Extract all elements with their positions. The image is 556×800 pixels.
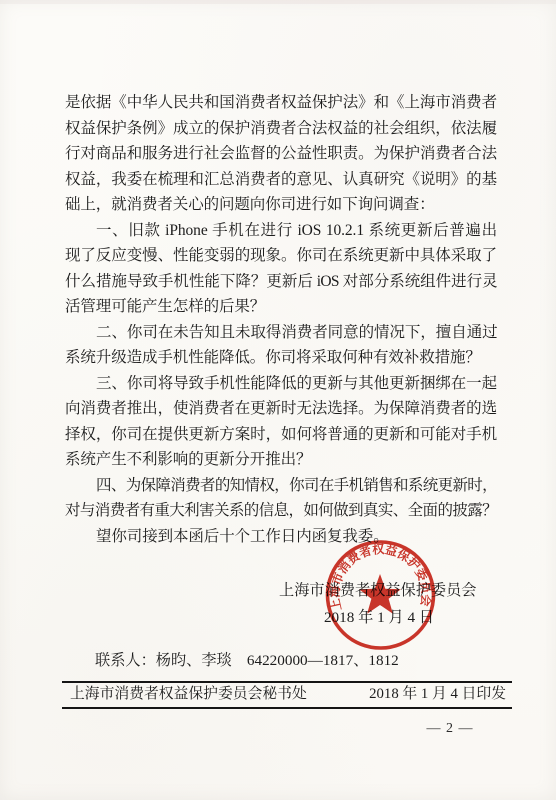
contact-line: 联系人：杨昀、李琰 64220000—1817、1812 xyxy=(95,651,399,671)
body-line: 权益保护条例》成立的保护消费者合法权益的社会组织，依法履 xyxy=(65,116,497,142)
signature-date: 2018 年 1 月 4 日 xyxy=(279,609,479,627)
body-line: 现了反应变慢、性能变弱的现象。你司在系统更新中具体采取了 xyxy=(65,243,497,269)
body-line: 对与消费者有重大利害关系的信息，如何做到真实、全面的披露？ xyxy=(65,498,497,524)
body-line: 础上，就消费者关心的问题向你司进行如下询问调查： xyxy=(65,192,497,218)
page-number: — 2 — xyxy=(418,721,482,737)
body-line: 望你司接到本函后十个工作日内函复我委。 xyxy=(65,524,497,550)
body-line: 系统产生不利影响的更新分开推出？ xyxy=(65,447,497,473)
letter-body: 是依据《中华人民共和国消费者权益保护法》和《上海市消费者 权益保护条例》成立的保… xyxy=(65,90,497,549)
body-line: 向消费者推出，使消费者在更新时无法选择。为保障消费者的选 xyxy=(65,396,497,422)
body-line: 一、旧款 iPhone 手机在进行 iOS 10.2.1 系统更新后普遍出 xyxy=(65,218,497,244)
body-line: 系统升级造成手机性能降低。你司将采取何种有效补救措施？ xyxy=(65,345,497,371)
body-line: 三、你司将导致手机性能降低的更新与其他更新捆绑在一起 xyxy=(65,371,497,397)
body-line: 四、为保障消费者的知情权，你司在手机销售和系统更新时， xyxy=(65,473,497,499)
body-line: 择权，你司在提供更新方案时，如何将普通的更新和可能对手机 xyxy=(65,422,497,448)
scan-artifact xyxy=(0,0,556,4)
body-line: 行对商品和服务进行社会监督的公益性职责。为保护消费者合法 xyxy=(65,141,497,167)
body-line: 什么措施导致手机性能下降？更新后 iOS 对部分系统组件进行灵 xyxy=(65,269,497,295)
document-page: 是依据《中华人民共和国消费者权益保护法》和《上海市消费者 权益保护条例》成立的保… xyxy=(0,0,556,800)
body-line: 活管理可能产生怎样的后果？ xyxy=(65,294,497,320)
footer-bar: 上海市消费者权益保护委员会秘书处 2018 年 1 月 4 日印发 xyxy=(62,681,512,709)
signature-organization: 上海市消费者权益保护委员会 xyxy=(279,582,479,600)
footer-print-date: 2018 年 1 月 4 日印发 xyxy=(369,686,506,703)
body-line: 是依据《中华人民共和国消费者权益保护法》和《上海市消费者 xyxy=(65,90,497,116)
seal-ring-text: 上海市消费者权益保护委员会 xyxy=(327,541,435,612)
footer-issuer: 上海市消费者权益保护委员会秘书处 xyxy=(70,686,307,703)
body-line: 二、你司在未告知且未取得消费者同意的情况下，擅自通过 xyxy=(65,320,497,346)
svg-text:上海市消费者权益保护委员会: 上海市消费者权益保护委员会 xyxy=(327,541,435,612)
body-line: 权益，我委在梳理和汇总消费者的意见、认真研究《说明》的基 xyxy=(65,167,497,193)
